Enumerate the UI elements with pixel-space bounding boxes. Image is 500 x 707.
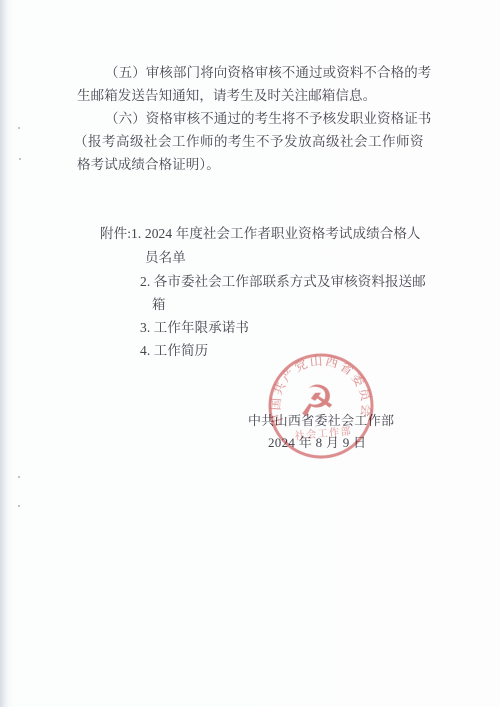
body-text-line: （六）资格审核不通过的考生将不予核发职业资格证书 (105, 111, 431, 127)
attachment-list-line: 箱 (152, 297, 166, 313)
scan-edge-shadow (0, 0, 10, 707)
body-text-line: （报考高级社会工作师的考生不予发放高级社会工作师资 (74, 134, 424, 150)
scan-speck (19, 158, 21, 160)
seal-bottom-text: 社会工作部 (294, 424, 352, 442)
body-text-line: 生邮箱发送告知通知，请考生及时关注邮箱信息。 (77, 88, 376, 104)
scan-speck (18, 127, 20, 129)
scan-speck (18, 505, 20, 507)
attachment-list-line: 2. 各市委社会工作部联系方式及审核资料报送邮 (140, 274, 426, 290)
body-text-line: 格考试成绩合格证明）。 (77, 157, 220, 173)
attachment-list-line: 员名单 (145, 250, 186, 266)
scan-speck (18, 476, 20, 478)
attachment-list-line: 附件:1. 2024 年度社会工作者职业资格考试成绩合格人 (100, 226, 421, 242)
official-seal: 中国共产党山西省委员会 ☭ 社会工作部 (261, 346, 380, 465)
attachment-list-line: 4. 工作简历 (140, 343, 208, 359)
party-emblem-icon: ☭ (296, 375, 338, 427)
attachment-list-line: 3. 工作年限承诺书 (140, 320, 249, 336)
body-text-line: （五）审核部门将向资格审核不通过或资料不合格的考 (105, 65, 431, 81)
document-page: （五）审核部门将向资格审核不通过或资料不合格的考 生邮箱发送告知通知，请考生及时… (0, 0, 500, 707)
